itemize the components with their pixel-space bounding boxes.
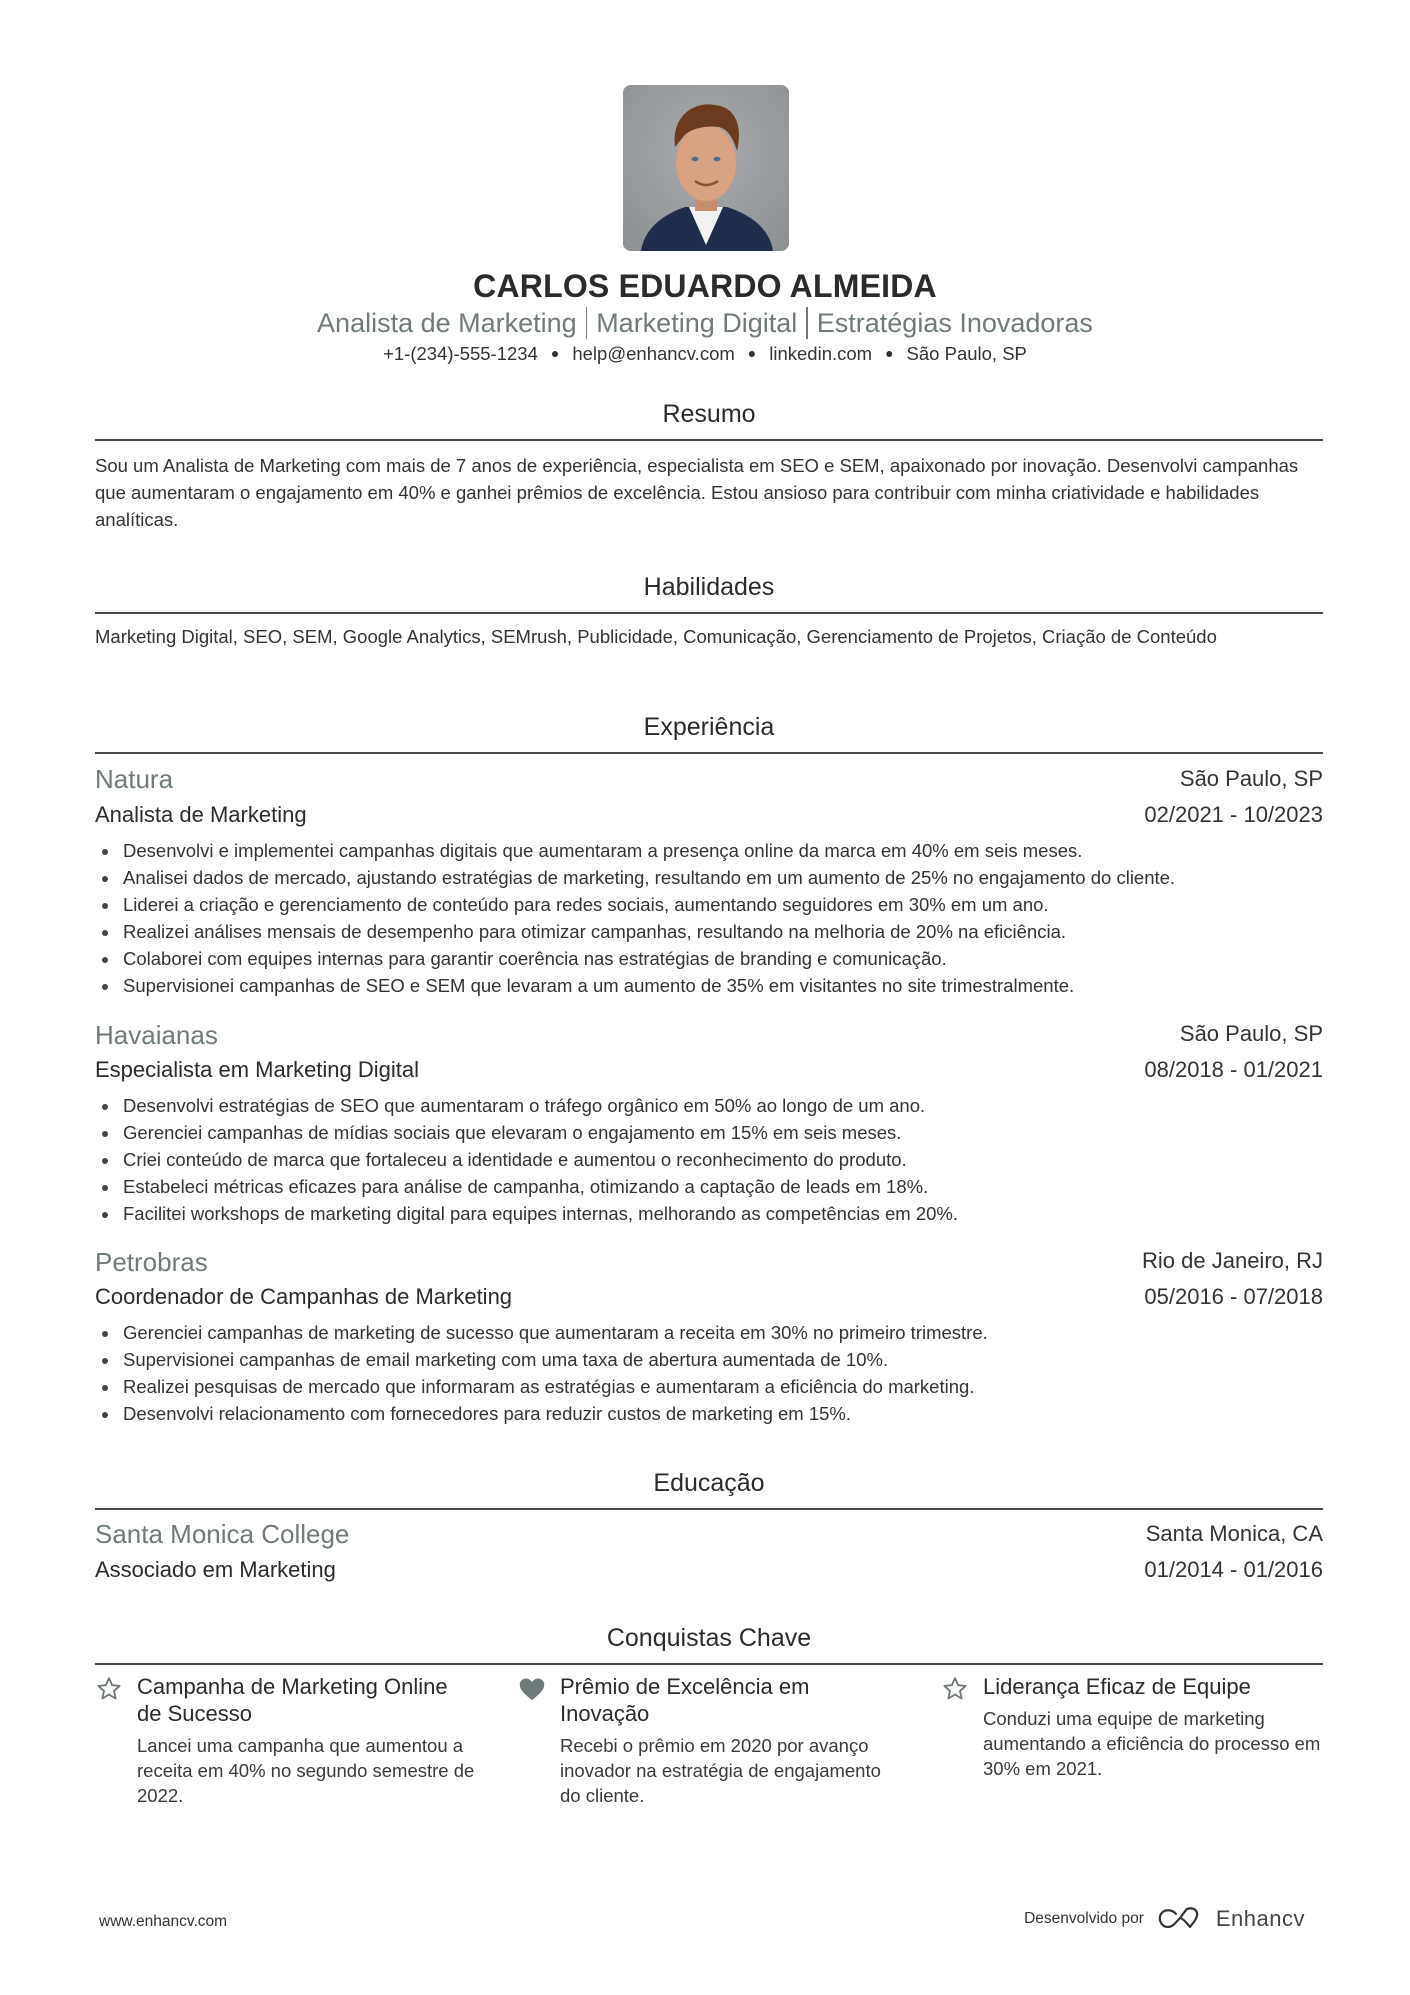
- company-name: Petrobras: [95, 1247, 208, 1278]
- linkedin-link[interactable]: linkedin.com: [769, 343, 872, 364]
- divider: [806, 307, 808, 339]
- achievement-title: Campanha de Marketing Online de Sucesso: [137, 1673, 475, 1727]
- list-item: Supervisionei campanhas de SEO e SEM que…: [95, 972, 1325, 999]
- section-title-education: Educação: [95, 1469, 1323, 1498]
- powered-by-label: Desenvolvido por: [1024, 1910, 1144, 1928]
- list-item: Desenvolvi estratégias de SEO que aument…: [95, 1092, 1325, 1119]
- headline-part: Estratégias Inovadoras: [817, 308, 1093, 338]
- list-item: Estabeleci métricas eficazes para anális…: [95, 1173, 1325, 1200]
- school-location: Santa Monica, CA: [1146, 1521, 1323, 1547]
- section-divider: [95, 752, 1323, 754]
- list-item: Gerenciei campanhas de marketing de suce…: [95, 1319, 1325, 1346]
- list-item: Facilitei workshops de marketing digital…: [95, 1200, 1325, 1227]
- achievement-item: Prêmio de Excelência em Inovação Recebi …: [518, 1673, 898, 1808]
- phone[interactable]: +1-(234)-555-1234: [383, 343, 538, 364]
- enhancv-logo-icon: [1156, 1906, 1204, 1932]
- bullet-separator: ●: [885, 345, 893, 361]
- achievement-title: Prêmio de Excelência em Inovação: [560, 1673, 898, 1727]
- list-item: Realizei pesquisas de mercado que inform…: [95, 1373, 1325, 1400]
- section-divider: [95, 1508, 1323, 1510]
- school-name: Santa Monica College: [95, 1519, 349, 1550]
- job-bullets: Desenvolvi e implementei campanhas digit…: [95, 837, 1325, 999]
- job-title: Analista de Marketing: [95, 802, 307, 828]
- footer-website-link[interactable]: www.enhancv.com: [99, 1913, 227, 1931]
- achievement-item: Campanha de Marketing Online de Sucesso …: [95, 1673, 475, 1808]
- email-link[interactable]: help@enhancv.com: [572, 343, 734, 364]
- list-item: Supervisionei campanhas de email marketi…: [95, 1346, 1325, 1373]
- contact-info: +1-(234)-555-1234●help@enhancv.com●linke…: [0, 343, 1410, 365]
- job-dates: 02/2021 - 10/2023: [1144, 802, 1323, 828]
- list-item: Desenvolvi e implementei campanhas digit…: [95, 837, 1325, 864]
- job-dates: 05/2016 - 07/2018: [1144, 1284, 1323, 1310]
- list-item: Analisei dados de mercado, ajustando est…: [95, 864, 1325, 891]
- job-location: São Paulo, SP: [1180, 1021, 1323, 1047]
- location: São Paulo, SP: [907, 343, 1027, 364]
- job-bullets: Desenvolvi estratégias de SEO que aument…: [95, 1092, 1325, 1227]
- section-divider: [95, 612, 1323, 614]
- job-bullets: Gerenciei campanhas de marketing de suce…: [95, 1319, 1325, 1427]
- list-item: Gerenciei campanhas de mídias sociais qu…: [95, 1119, 1325, 1146]
- section-title-achievements: Conquistas Chave: [95, 1624, 1323, 1653]
- list-item: Liderei a criação e gerenciamento de con…: [95, 891, 1325, 918]
- brand-name: Enhancv: [1216, 1906, 1305, 1932]
- education-dates: 01/2014 - 01/2016: [1144, 1557, 1323, 1583]
- achievement-item: Liderança Eficaz de Equipe Conduzi uma e…: [941, 1673, 1321, 1781]
- heart-icon: [518, 1675, 546, 1703]
- star-outline-icon: [941, 1675, 969, 1703]
- job-location: Rio de Janeiro, RJ: [1142, 1248, 1323, 1274]
- achievement-description: Lancei uma campanha que aumentou a recei…: [137, 1733, 475, 1808]
- star-outline-icon: [95, 1675, 123, 1703]
- job-dates: 08/2018 - 01/2021: [1144, 1057, 1323, 1083]
- list-item: Colaborei com equipes internas para gara…: [95, 945, 1325, 972]
- bullet-separator: ●: [748, 345, 756, 361]
- candidate-name: CARLOS EDUARDO ALMEIDA: [0, 268, 1410, 305]
- profile-photo: [623, 85, 789, 251]
- company-name: Natura: [95, 764, 173, 795]
- list-item: Desenvolvi relacionamento com fornecedor…: [95, 1400, 1325, 1427]
- job-title: Especialista em Marketing Digital: [95, 1057, 419, 1083]
- skills-text: Marketing Digital, SEO, SEM, Google Anal…: [95, 624, 1325, 649]
- section-divider: [95, 439, 1323, 441]
- summary-text: Sou um Analista de Marketing com mais de…: [95, 452, 1325, 533]
- divider: [586, 307, 588, 339]
- person-photo-icon: [623, 85, 789, 251]
- achievement-title: Liderança Eficaz de Equipe: [983, 1673, 1321, 1700]
- headline-part: Analista de Marketing: [317, 308, 577, 338]
- company-name: Havaianas: [95, 1020, 218, 1051]
- resume-page: CARLOS EDUARDO ALMEIDA Analista de Marke…: [0, 0, 1410, 1995]
- section-divider: [95, 1663, 1323, 1665]
- job-location: São Paulo, SP: [1180, 766, 1323, 792]
- section-title-summary: Resumo: [95, 400, 1323, 429]
- section-title-skills: Habilidades: [95, 573, 1323, 602]
- headline-part: Marketing Digital: [596, 308, 797, 338]
- degree: Associado em Marketing: [95, 1557, 336, 1583]
- achievement-description: Recebi o prêmio em 2020 por avanço inova…: [560, 1733, 898, 1808]
- achievement-description: Conduzi uma equipe de marketing aumentan…: [983, 1706, 1321, 1781]
- list-item: Criei conteúdo de marca que fortaleceu a…: [95, 1146, 1325, 1173]
- bullet-separator: ●: [551, 345, 559, 361]
- section-title-experience: Experiência: [95, 713, 1323, 742]
- job-title: Coordenador de Campanhas de Marketing: [95, 1284, 512, 1310]
- list-item: Realizei análises mensais de desempenho …: [95, 918, 1325, 945]
- headline: Analista de MarketingMarketing DigitalEs…: [0, 307, 1410, 339]
- footer-branding[interactable]: Desenvolvido por Enhancv: [1024, 1906, 1305, 1932]
